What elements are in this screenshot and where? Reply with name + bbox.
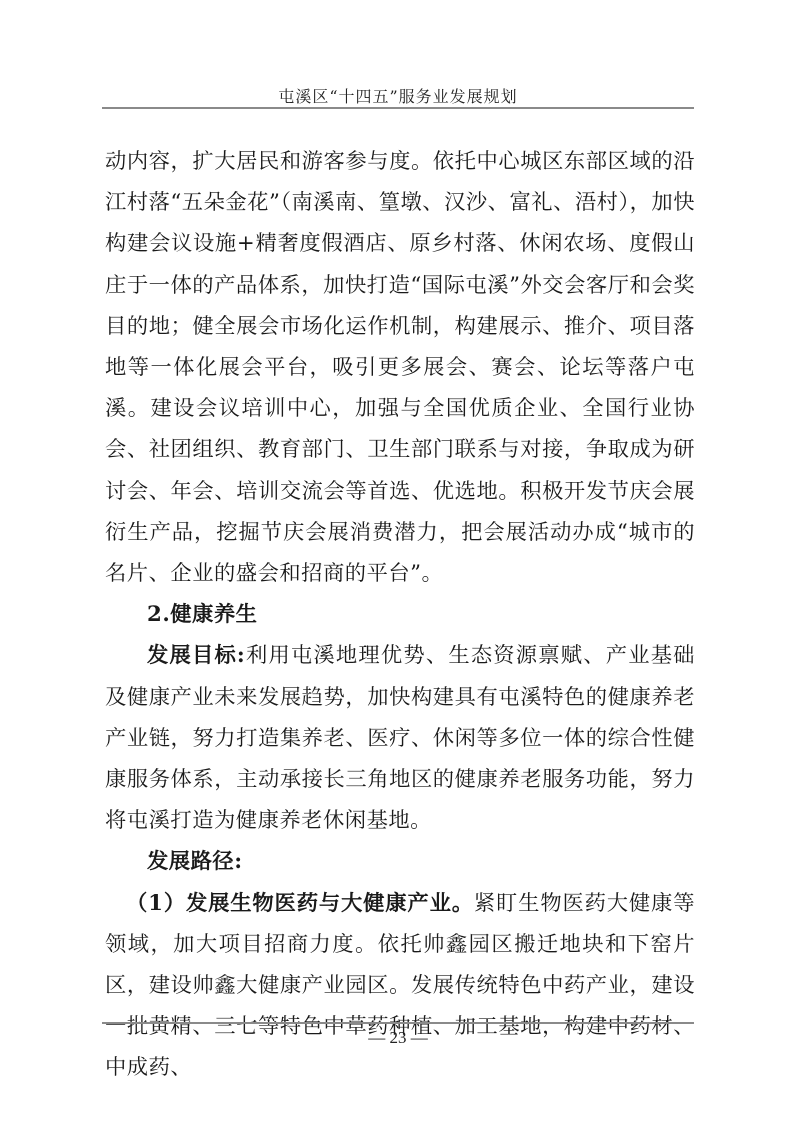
item-1-label: （1）发展生物医药与大健康产业。 [126,891,474,916]
header-divider [102,107,694,109]
goal-text: 利用屯溪地理优势、生态资源禀赋、产业基础及健康产业未来发展趋势，加快构建具有屯溪… [105,643,695,833]
item-1-text: 紧盯生物医药大健康等领域，加大项目招商力度。依托帅鑫园区搬迁地块和下窑片区，建设… [105,891,695,1081]
footer-divider [102,1022,694,1024]
paragraph-item-1: （1）发展生物医药与大健康产业。紧盯生物医药大健康等领域，加大项目招商力度。依托… [105,883,695,1089]
goal-label: 发展目标: [147,643,245,668]
path-heading: 发展路径: [105,841,695,882]
paragraph-goal: 发展目标:利用屯溪地理优势、生态资源禀赋、产业基础及健康产业未来发展趋势，加快构… [105,635,695,841]
page-body: 动内容，扩大居民和游客参与度。依托中心城区东部区域的沿江村落“五朵金花”（南溪南… [105,141,695,1089]
page-number: — 23 — [102,1028,694,1048]
section-heading: 2.健康养生 [105,594,695,635]
running-header: 屯溪区“十四五”服务业发展规划 [102,84,694,107]
paragraph-continued: 动内容，扩大居民和游客参与度。依托中心城区东部区域的沿江村落“五朵金花”（南溪南… [105,141,695,594]
